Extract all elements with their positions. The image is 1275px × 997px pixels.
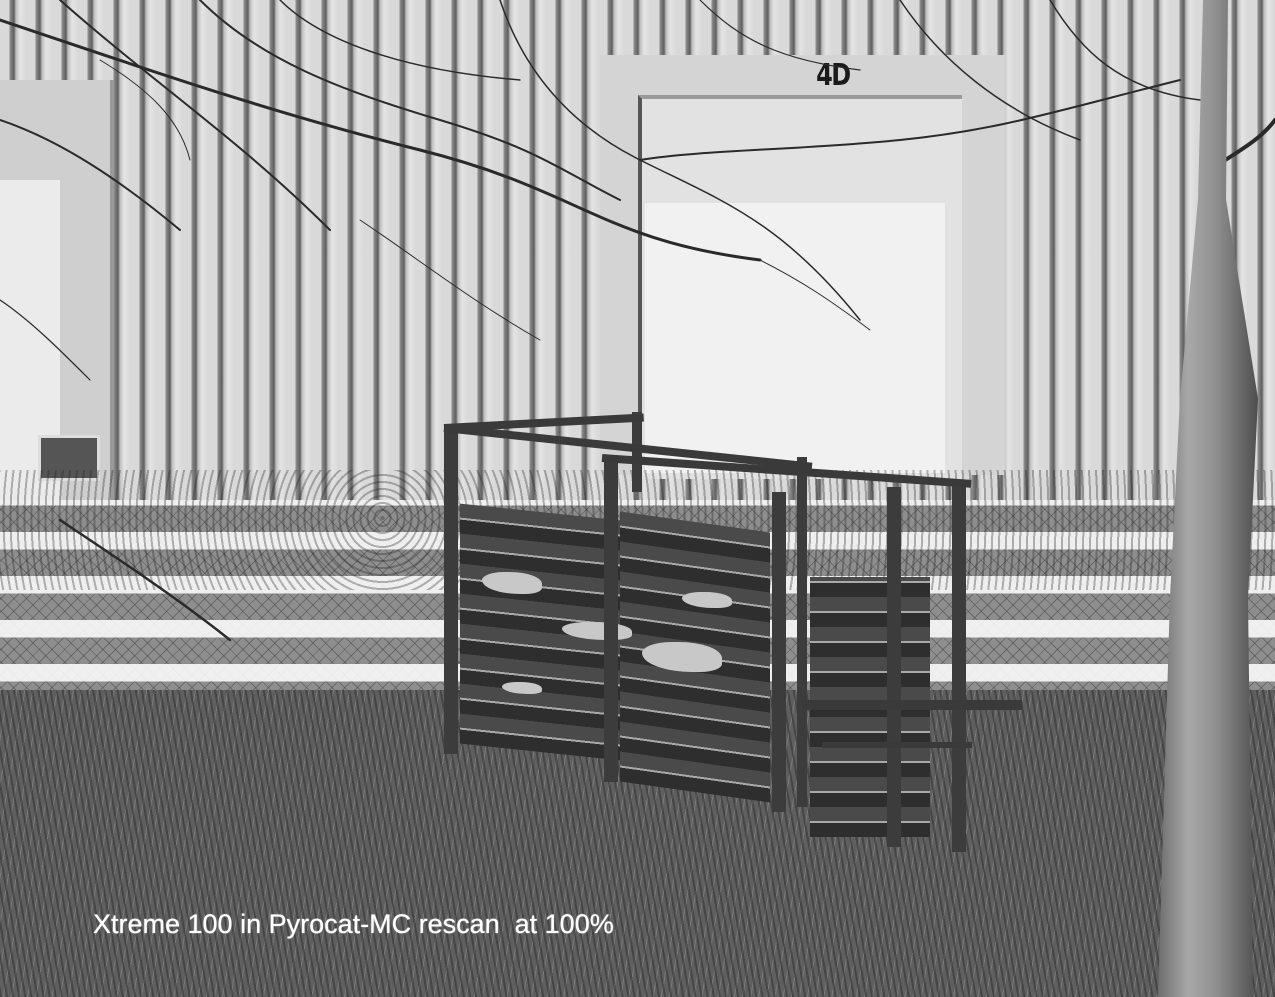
photo-caption: Xtreme 100 in Pyrocat-MC rescan at 100% [93, 909, 614, 940]
tree-branches [0, 0, 1275, 997]
photograph: 4D [0, 0, 1275, 997]
